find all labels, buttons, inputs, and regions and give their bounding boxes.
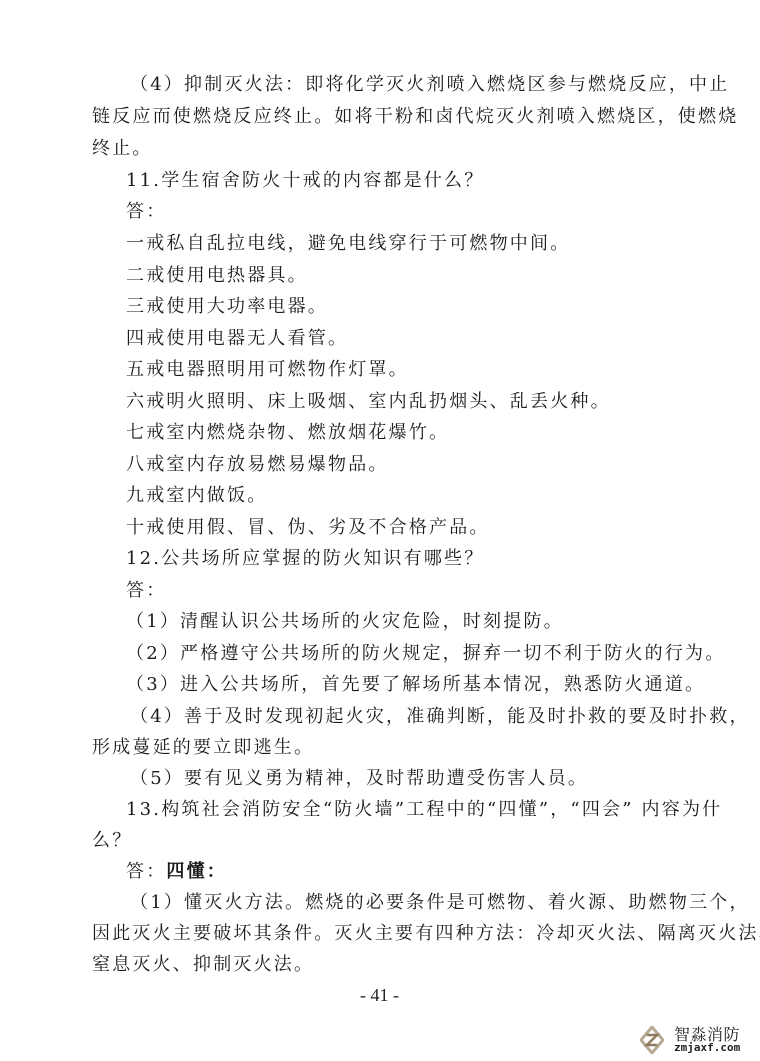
list-item: 二戒使用电热器具。 — [126, 261, 308, 291]
list-item: 七戒室内燃烧杂物、燃放烟花爆竹。 — [126, 418, 449, 448]
answer-label: 答： — [126, 197, 166, 227]
text-line: 窒息灭火、抑制灭火法。 — [92, 950, 314, 980]
document-page: （4）抑制灭火法：即将化学灭火剂喷入燃烧区参与燃烧反应，中止 链反应而使燃烧反应… — [0, 0, 760, 1061]
page-number: - 41 - — [360, 985, 399, 1006]
answer-label: 答： — [126, 576, 166, 606]
list-item: 三戒使用大功率电器。 — [126, 292, 328, 322]
subheading-four-understandings: 四懂： — [166, 861, 227, 882]
list-item: （2）严格遵守公共场所的防火规定，摒弃一切不利于防火的行为。 — [126, 639, 725, 669]
list-item: 六戒明火照明、床上吸烟、室内乱扔烟头、乱丢火种。 — [126, 387, 611, 417]
list-item: （5）要有见义勇为精神，及时帮助遭受伤害人员。 — [130, 764, 588, 794]
watermark-logo: 智淼消防 zmjaxf.com — [640, 1022, 755, 1058]
question-heading: 13.构筑社会消防安全“防火墙”工程中的“四懂”，“四会” 内容为什 — [126, 795, 722, 825]
text-line: 么？ — [92, 826, 132, 856]
answer-line: 答：四懂： — [126, 857, 227, 887]
question-heading: 12.公共场所应掌握的防火知识有哪些？ — [126, 544, 484, 574]
text-line: （4）抑制灭火法：即将化学灭火剂喷入燃烧区参与燃烧反应，中止 — [130, 70, 729, 100]
list-item: 八戒室内存放易燃易爆物品。 — [126, 450, 389, 480]
diamond-z-logo-icon — [640, 1026, 664, 1054]
list-item: （1）懂灭火方法。燃烧的必要条件是可燃物、着火源、助燃物三个， — [130, 888, 750, 918]
list-item: 九戒室内做饭。 — [126, 481, 267, 511]
list-item: （4）善于及时发现初起火灾，准确判断，能及时扑救的要及时扑救， — [130, 702, 750, 732]
list-item: 一戒私自乱拉电线，避免电线穿行于可燃物中间。 — [126, 229, 570, 259]
list-item: 十戒使用假、冒、伪、劣及不合格产品。 — [126, 513, 490, 543]
text-line: 链反应而使燃烧反应终止。如将干粉和卤代烷灭火剂喷入燃烧区，使燃烧 — [92, 102, 738, 132]
list-item: （1）清醒认识公共场所的火灾危险，时刻提防。 — [126, 607, 564, 637]
watermark-domain: zmjaxf.com — [674, 1041, 740, 1054]
list-item: （3）进入公共场所，首先要了解场所基本情况，熟悉防火通道。 — [126, 670, 705, 700]
text-line: 形成蔓延的要立即逃生。 — [92, 733, 314, 763]
list-item: 四戒使用电器无人看管。 — [126, 324, 348, 354]
list-item: 五戒电器照明用可燃物作灯罩。 — [126, 355, 409, 385]
question-heading: 11.学生宿舍防火十戒的内容都是什么？ — [126, 166, 484, 196]
text-line: 因此灭火主要破坏其条件。灭火主要有四种方法：冷却灭火法、隔离灭火法、 — [92, 919, 760, 949]
answer-label: 答： — [126, 861, 166, 882]
text-line: 终止。 — [92, 134, 153, 164]
